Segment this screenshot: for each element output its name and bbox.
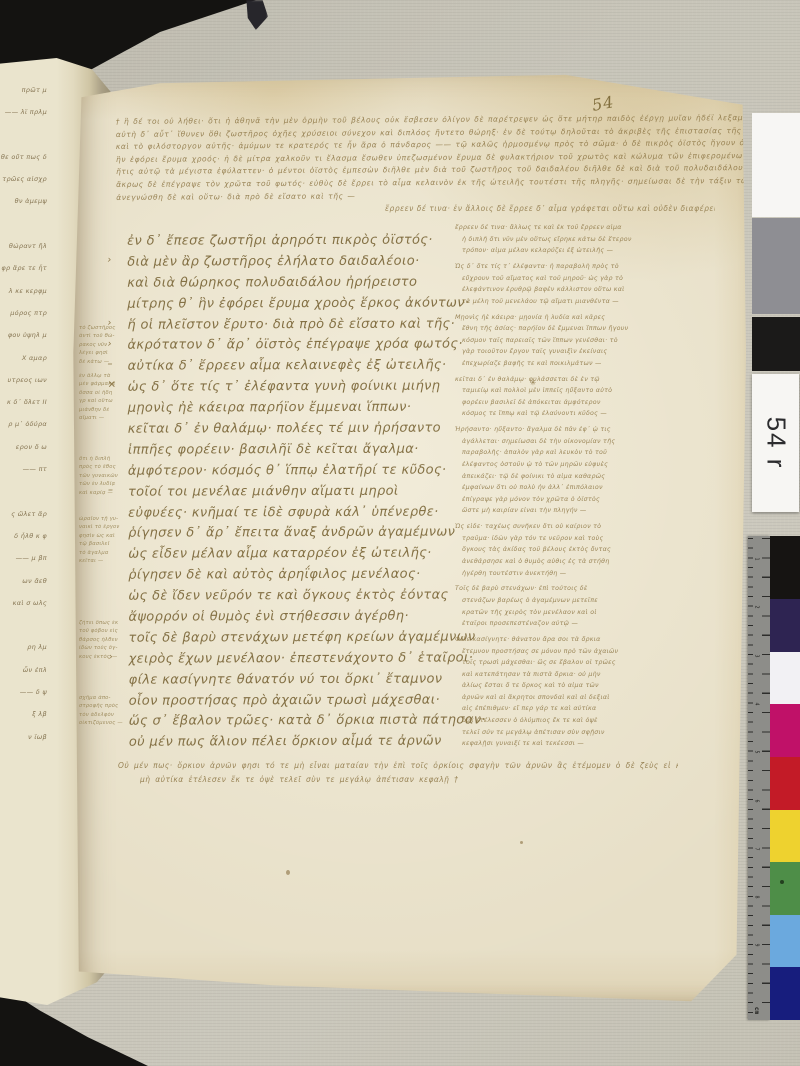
ruler-number: 9 [754,944,760,947]
scholia-line: ἀγάλλεται· σημείωσαι δὲ τὴν οἰκονομίαν τ… [462,438,674,450]
scholia-paragraph: Μῃονὶς ἠὲ κάειρα· μῃονία ἡ λυδία καὶ κᾶρ… [462,314,674,372]
scholia-line: ἁλίως ἔσται ὅ τε ὅρκος καὶ τὸ αἷμα τῶν [462,682,674,694]
note-line: ἀντὶ τοῦ θώ- [79,333,131,341]
ruler-number: 3 [754,654,760,657]
patch-gray [752,218,800,314]
facing-text-fragment: υτρεος ιων [0,376,47,398]
note-line: αἵματι — [79,415,131,423]
note-line: ἰδὼν τοὺς ὄγ- [79,645,131,653]
scholion-line: μὴ αὐτίκα ἐτέλεσεν ἔκ τε ὀψὲ τελεῖ σὺν τ… [140,775,540,789]
note-line: τῶν ἐν λυδίᾳ [79,481,131,489]
scholia-line: τὰ μέλη τοῦ μενελάου τῷ αἵματι μιανθέντα… [462,298,674,310]
patch-indigo [770,599,800,652]
note-line: καὶ καρίᾳ — [79,490,131,498]
facing-text-fragment: κ δ᾽ ὄλετ ΙΙ [0,398,47,420]
note-line: ζήτει ὅπως ἐκ [79,620,131,628]
patch-white [752,113,800,217]
facing-page-text: πρῶτ μλϊ πρλμ —— θε οὔτ πως δτρῶες αἰσχρ… [0,86,47,777]
scholia-line: ἔρρεεν δέ τινα· ἄλλως τε καὶ ἐκ τοῦ ἔρρε… [455,224,674,236]
ruler-number: 4 [754,702,760,705]
scholia-line: Μῃονὶς ἠὲ κάειρα· μῃονία ἡ λυδία καὶ κᾶρ… [455,314,674,326]
scholia-line: ὥστε μὴ καιρίαν εἶναι τὴν πληγήν — [462,507,674,519]
scholia-line: κόσμος τε ἵππῳ καὶ τῷ ἐλαύνοντι κῦδος — [462,410,674,422]
note-line: γρ καὶ οὕτω [79,398,131,406]
scholia-intro-line: ἔρρεεν δέ τινα· ἐν ἄλλοις δὲ ἔρρεε δ᾽ αἷ… [385,204,715,213]
note-line: τοῦ φόβου εἰς [79,628,131,636]
scholia-line: ἐπίγραψε γὰρ μόνον τὸν χρῶτα ὁ ὀϊστὸς [462,496,674,508]
scholia-line: Ἠρήσαντο· ηὔξαντο· ἄγαλμα δὲ πᾶν ἐφ᾽ ᾧ τ… [455,426,674,438]
note-line: στροφῆς πρὸς [79,703,131,711]
facing-text-fragment [0,755,47,777]
scholia-line: ἐπεχωρίαζε βαφῆς τε καὶ ποικιλμάτων — [462,360,674,372]
patch-red [770,757,800,810]
scholia-line: οὐκ ἐτέλεσσεν ὁ ὀλύμπιος ἔκ τε καὶ ὀψὲ [462,717,674,729]
facing-text-fragment: ων ἄεθ [0,577,47,599]
scholia-line: ἀρνῶν καὶ αἱ ἄκρητοι σπονδαὶ καὶ αἱ δεξι… [462,694,674,706]
scholia-line: ἀπεικάζει· τῷ δὲ φοίνικι τὸ αἷμα καθαρῶς [462,473,674,485]
manuscript-photograph: πρῶτ μλϊ πρλμ —— θε οὔτ πως δτρῶες αἰσχρ… [0,0,800,1066]
scholia-line: κεφαλῇσι γυναιξί τε καὶ τεκέεσσι — [462,740,674,752]
scholia-paragraph: κεῖται δ᾽ ἐν θαλάμῳ· φυλάσσεται δὲ ἐν τῷ… [462,376,674,422]
scholia-line: καὶ κατεπάτησαν τὰ πιστὰ ὅρκια· οὐ μὴν [462,671,674,683]
facing-text-fragment: Χ αμαρ [0,354,47,376]
note-line: πρὸς τὸ ἔθος [79,464,131,472]
margin-note: ζήτει ὅπως ἐκτοῦ φόβου εἰςθάρσος ἦλθενἰδ… [79,620,131,662]
margin-note: ἐν ἄλλῳ τὰμὲν φάρμακαὅσσα οἱ ἤδηγρ καὶ ο… [79,373,131,423]
folio-label: 54 r [752,374,799,512]
note-line: φησὶν ὡς καὶ [79,533,131,541]
note-line: ὅτι ἡ διπλῆ [79,456,131,464]
note-line: τῷ βασιλεῖ [79,541,131,549]
patch-black [752,317,800,371]
scholia-line: κρατῶν τῆς χειρὸς τὸν μενέλαον καὶ οἱ [462,609,674,621]
scholia-line: παραβολῆς· ἁπαλὸν γὰρ καὶ λευκὸν τὸ τοῦ [462,449,674,461]
facing-text-fragment: ρ μ᾽ ὀδύρα [0,420,47,442]
facing-text-fragment: μόρος πτρ [0,309,47,331]
margin-note: ὅτι ἡ διπλῆπρὸς τὸ ἔθοςτῶν γυναικῶντῶν ἐ… [79,456,131,498]
scholia-line: ἑταῖροι προσεπεστέναζον αὐτῷ — [462,620,674,632]
scholia-line: Ὡς εἶδε· ταχέως συνῆκεν ὅτι οὐ καίριον τ… [455,523,674,535]
note-line: ὡραῖον τῇ γυ- [79,516,131,524]
scholia-line: κεῖται δ᾽ ἐν θαλάμῳ· φυλάσσεται δὲ ἐν τῷ [455,376,674,388]
scholia-line: ἐλέφαντος ὀστοῦν ᾧ τὸ τῶν μηρῶν εὐφυὲς [462,461,674,473]
facing-text-fragment: καὶ σ ωλς [0,599,47,621]
scholia-line: Τοῖς δὲ βαρὺ στενάχων· ἐπὶ τούτοις δὲ [455,585,674,597]
ink-speck [520,841,523,844]
note-line: ρακος νῦν [79,342,131,350]
facing-text-fragment: φρ ἄρε τε ἧτ [0,264,47,286]
note-line: τῶν γυναικῶν [79,473,131,481]
patch-magenta [770,704,800,757]
facing-text-fragment: πτ —— [0,465,47,487]
ink-speck [286,870,290,875]
scholia-line: ὄγκους τὰς ἀκίδας τοῦ βέλους ἐκτὸς ὄντας [462,546,674,558]
marginal-scholia-column: ἔρρεεν δέ τινα· ἄλλως τε καὶ ἐκ τοῦ ἔρρε… [462,224,674,756]
scholia-line: τοῖς τρωσὶ μάχεσθαι· ὥς σε ἔβαλον οἱ τρῶ… [462,659,674,671]
facing-text-fragment: τρῶες αἰσχρ [0,175,47,197]
note-line: τὸν ἀδελφὸν [79,712,131,720]
facing-text-fragment [0,621,47,643]
facing-text-fragment: ερον ὄ ω [0,443,47,465]
facing-text-fragment: λϊ πρλμ —— [0,108,47,130]
ruler-number: 1 [754,557,760,560]
patch-white [770,652,800,705]
scholia-paragraph: ἔρρεεν δέ τινα· ἄλλως τε καὶ ἐκ τοῦ ἔρρε… [462,224,674,259]
facing-text-fragment [0,220,47,242]
patch-navy [770,967,800,1020]
scholia-line: Ὡς δ᾽ ὅτε τίς τ᾽ ἐλέφαντα· ἡ παραβολὴ πρ… [455,263,674,275]
note-line: δὲ κάτω — [79,359,131,367]
scholia-line: ἐμφαίνων ὅτι οὐ πολὺ ἦν ἀλλ᾽ ἐπιπόλαιον [462,484,674,496]
facing-text-fragment: πρῶτ μ [0,86,47,108]
scholia-line: γὰρ τοιοῦτον ἔργον ταῖς γυναιξὶν ἐκείναι… [462,348,674,360]
scholia-line: εὔχρουν τοῦ αἵματος καὶ τοῦ μηροῦ· ὡς γὰ… [462,275,674,287]
scholia-line: ἡ διπλῆ ὅτι νῦν μὲν οὕτως εἴρηκε κάτω δὲ… [462,236,674,248]
facing-text-fragment: ρη λμ [0,643,47,665]
margin-note: σχῆμα ἀπο-στροφῆς πρὸςτὸν ἀδελφὸνοἰκτιζό… [79,695,131,729]
scholia-line: τρόπον· αἷμα μέλαν κελαρύζει ἐξ ὠτειλῆς … [462,247,674,259]
patch-light-blue [770,915,800,968]
scholia-line: στενάζων βαρέως ὁ ἀγαμέμνων μετεῖπε [462,597,674,609]
facing-text-fragment: φον ὑψηλ μ [0,331,47,353]
facing-text-fragment: ς ὤλετ ἄρ [0,510,47,532]
folio-label-text: 54 r [760,417,791,470]
ruler-number: 6 [754,799,760,802]
scholia-paragraph: Τοῖς δὲ βαρὺ στενάχων· ἐπὶ τούτοις δὲστε… [462,585,674,631]
scholia-paragraph: Ὡς δ᾽ ὅτε τίς τ᾽ ἐλέφαντα· ἡ παραβολὴ πρ… [462,263,674,309]
scholia-line: φορέειν βασιλεῖ δὲ ἀπόκειται ἀμφότερον [462,399,674,411]
facing-text-fragment: ξ λβ [0,710,47,732]
bottom-scholion: Οὐ μέν πως· ὅρκιον ἀρνῶν φησι τό τε μὴ ε… [118,761,678,788]
facing-text-fragment [0,131,47,153]
top-scholia-block: † ἣ δέ τοι οὐ λήθει· ὅτι ἡ ἀθηνᾶ τὴν μὲν… [116,113,753,205]
scholia-line: ἐλεφάντινον ἐρυθρῷ βαφὲν κάλλιστον οὕτω … [462,286,674,298]
scholia-line: ἀνεθάρσησε καὶ ὁ θυμὸς αὖθις ἐς τὰ στήθη [462,558,674,570]
note-line: ναικὶ τὸ ἔργον [79,524,131,532]
scholia-paragraph: Φίλε κασίγνητε· θάνατον ἄρα σοι τὰ ὅρκια… [462,636,674,752]
note-line: οἰκτιζόμενος — [79,720,131,728]
facing-text-fragment: θν ἀμεμψ [0,197,47,219]
note-line: θάρσος ἦλθεν [79,637,131,645]
scholia-paragraph: Ὡς εἶδε· ταχέως συνῆκεν ὅτι οὐ καίριον τ… [462,523,674,581]
folio-number: 54 [591,92,616,115]
note-line: ἐν ἄλλῳ τὰ [79,373,131,381]
note-line: κους ἐκτός — [79,654,131,662]
ruler-unit: cm [753,1007,760,1014]
note-line: σχῆμα ἀπο- [79,695,131,703]
manuscript-page: 54 † ἣ δέ τοι οὐ λήθει· ὅτι ἡ ἀθηνᾶ τὴν … [72,73,748,1005]
cm-ruler: 123456789cm [748,536,770,1020]
facing-text-fragment: δ ἦλθ κ φ [0,532,47,554]
facing-text-fragment: θε οὔτ πως δ [0,153,47,175]
note-line: κεῖται — [79,558,131,566]
facing-text-fragment: ν ϊωβ [0,733,47,755]
facing-text-fragment: δ ψ —— [0,688,47,710]
ruler-number: 7 [754,847,760,850]
color-calibration-target: 54 r [752,113,800,512]
facing-text-fragment: λ κε κερφμ [0,287,47,309]
scholia-line: ἔτεμνον προστήσας σε μόνον πρὸ τῶν ἀχαιῶ… [462,648,674,660]
scholia-line: κόσμον ταῖς παρειαῖς τῶν ἵππων γενέσθαι·… [462,337,674,349]
facing-text-fragment: ὧν ἐπλ [0,666,47,688]
note-line: μὲν φάρμακα [79,381,131,389]
note-line: μιάνθην δὲ [79,407,131,415]
facing-text-fragment: θώραντ ἤλ [0,242,47,264]
scholia-paragraph: Ἠρήσαντο· ηὔξαντο· ἄγαλμα δὲ πᾶν ἐφ᾽ ᾧ τ… [462,426,674,519]
patch-black [770,536,800,599]
note-line: ὅσσα οἱ ἤδη [79,390,131,398]
ruler-number: 5 [754,751,760,754]
note-line: τὸ ἄγαλμα [79,550,131,558]
note-line: λέγει φησὶ [79,350,131,358]
scholia-line: ταμιείῳ καὶ πολλοὶ μὲν ἱππεῖς ηὔξαντο αὐ… [462,387,674,399]
grayscale-patches [752,113,800,371]
scholion-line: Οὐ μέν πως· ὅρκιον ἀρνῶν φησι τό τε μὴ ε… [118,761,678,775]
scholia-line: ἀνεγνώσθη δὲ καὶ οὕτω· διὰ πρὸ δὲ εἴσατο… [116,189,752,205]
critical-sign: › [107,255,111,276]
ruler-number: 2 [754,606,760,609]
scholia-line: τελεῖ σύν τε μεγάλῳ ἀπέτισαν σὺν σφῇσιν [462,729,674,741]
scholia-line: τραῦμα· ἰδὼν γὰρ τόν τε νεῦρον καὶ τοὺς [462,535,674,547]
scholia-line: Φίλε κασίγνητε· θάνατον ἄρα σοι τὰ ὅρκια [455,636,674,648]
facing-text-fragment [0,487,47,509]
margin-note: τὸ ζωστῆροςἀντὶ τοῦ θώ-ρακος νῦνλέγει φη… [79,325,131,367]
scholia-line: ἠγέρθη τουτέστιν ἀνεκτήθη — [462,570,674,582]
ruler-number: 8 [754,896,760,899]
margin-note: ὡραῖον τῇ γυ-ναικὶ τὸ ἔργονφησὶν ὡς καὶτ… [79,516,131,566]
note-line: τὸ ζωστῆρος [79,325,131,333]
scholia-line: ἔθνη τῆς ἀσίας· παρήϊον δὲ ἔμμεναι ἵππων… [462,325,674,337]
patch-yellow [770,810,800,863]
patch-green [770,862,800,915]
facing-text-fragment: μ βπ —— [0,554,47,576]
scholia-line: αἷς ἐπέπιθμεν· εἴ περ γάρ τε καὶ αὐτίκα [462,705,674,717]
color-patches [770,536,800,1020]
